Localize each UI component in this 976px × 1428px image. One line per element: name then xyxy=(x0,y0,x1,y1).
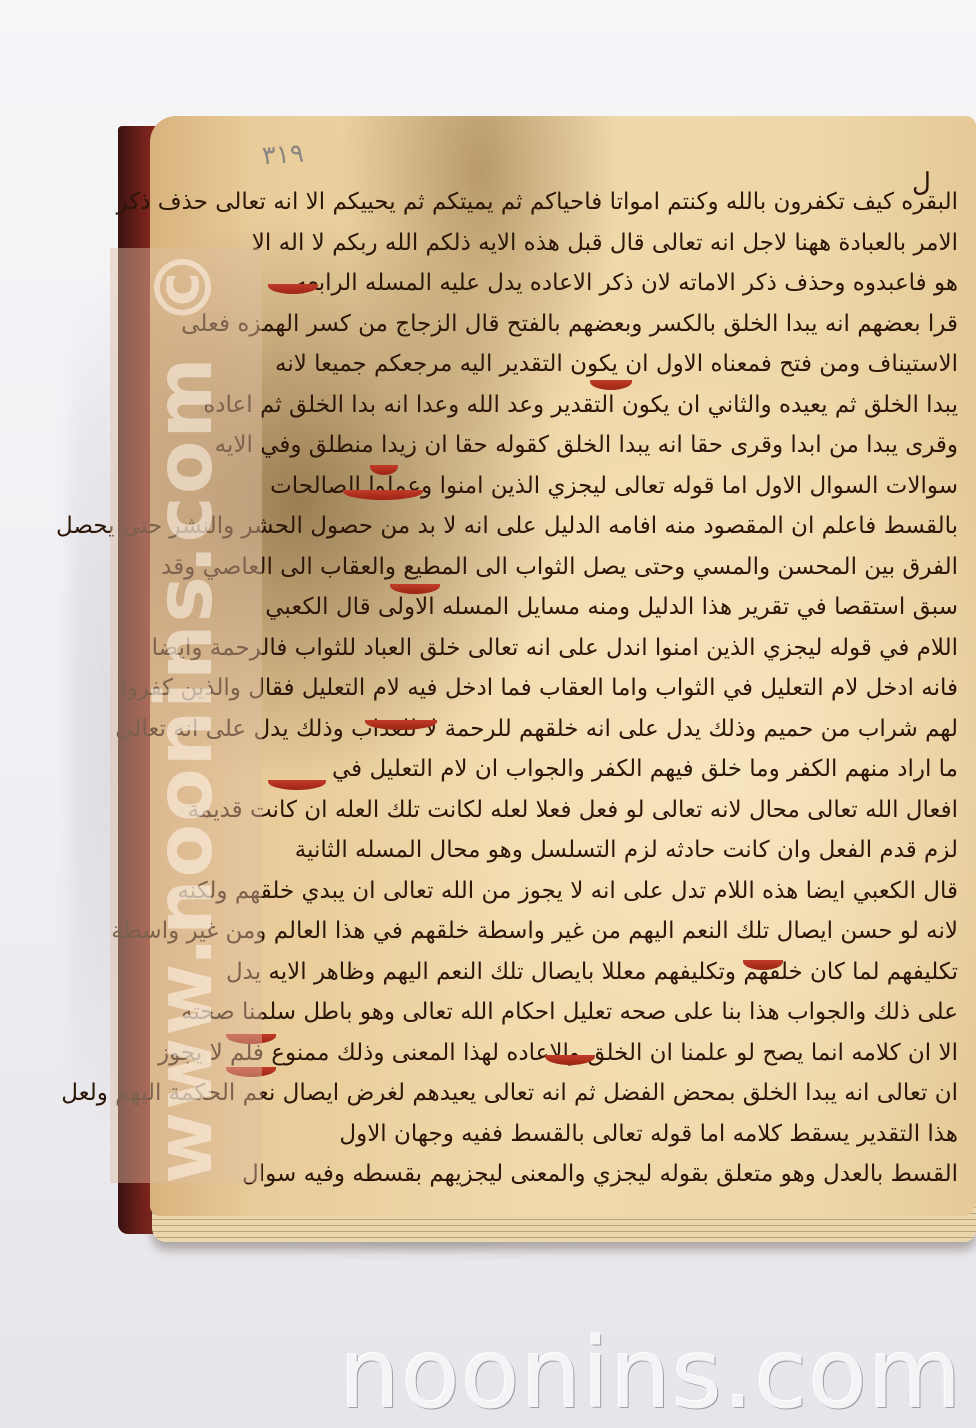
text-line: بالقسط فاعلم ان المقصود منه افامه الدليل… xyxy=(258,506,958,547)
text-line: القسط بالعدل وهو متعلق بقوله ليجزي والمع… xyxy=(258,1154,958,1195)
text-line: هو فاعبدوه وحذف ذكر الاماته لان ذكر الاع… xyxy=(258,263,958,304)
text-line: فانه ادخل لام التعليل في الثواب واما الع… xyxy=(258,668,958,709)
text-line: قال الكعبي ايضا هذه اللام تدل على انه لا… xyxy=(258,871,958,912)
text-line: ما اراد منهم الكفر وما خلق فيهم الكفر وا… xyxy=(258,749,958,790)
text-line: لانه لو حسن ايصال تلك النعم اليهم من غير… xyxy=(258,911,958,952)
vertical-watermark: www.noonins.com © xyxy=(140,246,230,1184)
text-line: الفرق بين المحسن والمسي وحتى يصل الثواب … xyxy=(258,547,958,588)
text-line: لهم شراب من حميم وذلك يدل على انه خلقهم … xyxy=(258,709,958,750)
text-line: يبدا الخلق ثم يعيده والثاني ان يكون التق… xyxy=(258,385,958,426)
text-line: سبق استقصا في تقرير هذا الدليل ومنه مساي… xyxy=(258,587,958,628)
manuscript-text: البقره كيف تكفرون بالله وكنتم امواتا فاح… xyxy=(258,182,958,1195)
text-line: الامر بالعبادة ههنا لاجل انه تعالى قال ق… xyxy=(258,223,958,264)
text-line: لزم قدم الفعل وان كانت حادثه لزم التسلسل… xyxy=(258,830,958,871)
text-line: ان تعالى انه يبدا الخلق بمحض الفضل ثم ان… xyxy=(258,1073,958,1114)
text-line: الا ان كلامه انما يصح لو علمنا ان الخلق … xyxy=(258,1033,958,1074)
folio-number: ٣١٩ xyxy=(261,139,305,172)
bottom-watermark: noonins.com xyxy=(336,1318,966,1428)
text-line: تكليفهم لما كان خلقهم وتكليفهم معللا باي… xyxy=(258,952,958,993)
text-line: البقره كيف تكفرون بالله وكنتم امواتا فاح… xyxy=(258,182,958,223)
text-line: وقرى يبدا من ابدا وقرى حقا انه يبدا الخل… xyxy=(258,425,958,466)
text-line: قرا بعضهم انه يبدا الخلق بالكسر وبعضهم ب… xyxy=(258,304,958,345)
text-line: اللام في قوله ليجزي الذين امنوا اندل على… xyxy=(258,628,958,669)
text-line: افعال الله تعالى محال لانه تعالى لو فعل … xyxy=(258,790,958,831)
text-line: هذا التقدير يسقط كلامه اما قوله تعالى با… xyxy=(258,1114,958,1155)
text-line: على ذلك والجواب هذا بنا على صحه تعليل اح… xyxy=(258,992,958,1033)
text-line: سوالات السوال الاول اما قوله تعالى ليجزي… xyxy=(258,466,958,507)
text-line: الاستيناف ومن فتح فمعناه الاول ان يكون ا… xyxy=(258,344,958,385)
